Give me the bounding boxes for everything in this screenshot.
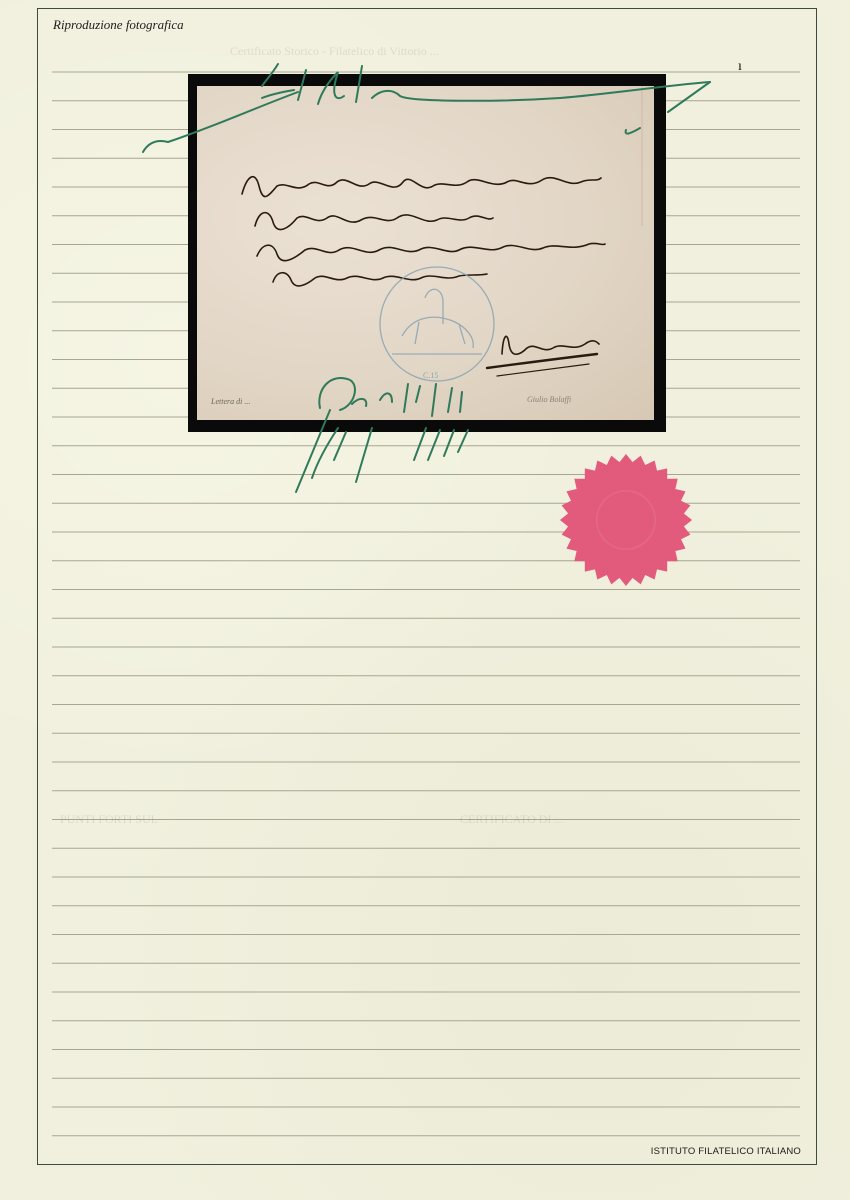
cover-photo: C.15 Lettera di ... Giulio Bolaffi <box>188 74 666 432</box>
letter-writing: C.15 Lettera di ... Giulio Bolaffi <box>197 86 654 420</box>
seal-shape <box>560 454 692 586</box>
handstamp-text: C.15 <box>423 371 438 380</box>
folded-letter: C.15 Lettera di ... Giulio Bolaffi <box>197 86 654 420</box>
pencil-note-right: Giulio Bolaffi <box>527 395 571 404</box>
caption: Riproduzione fotografica <box>53 17 184 33</box>
seal-sticker <box>558 452 694 588</box>
pencil-note-left: Lettera di ... <box>210 397 250 406</box>
issuer-label: ISTITUTO FILATELICO ITALIANO <box>651 1146 801 1157</box>
